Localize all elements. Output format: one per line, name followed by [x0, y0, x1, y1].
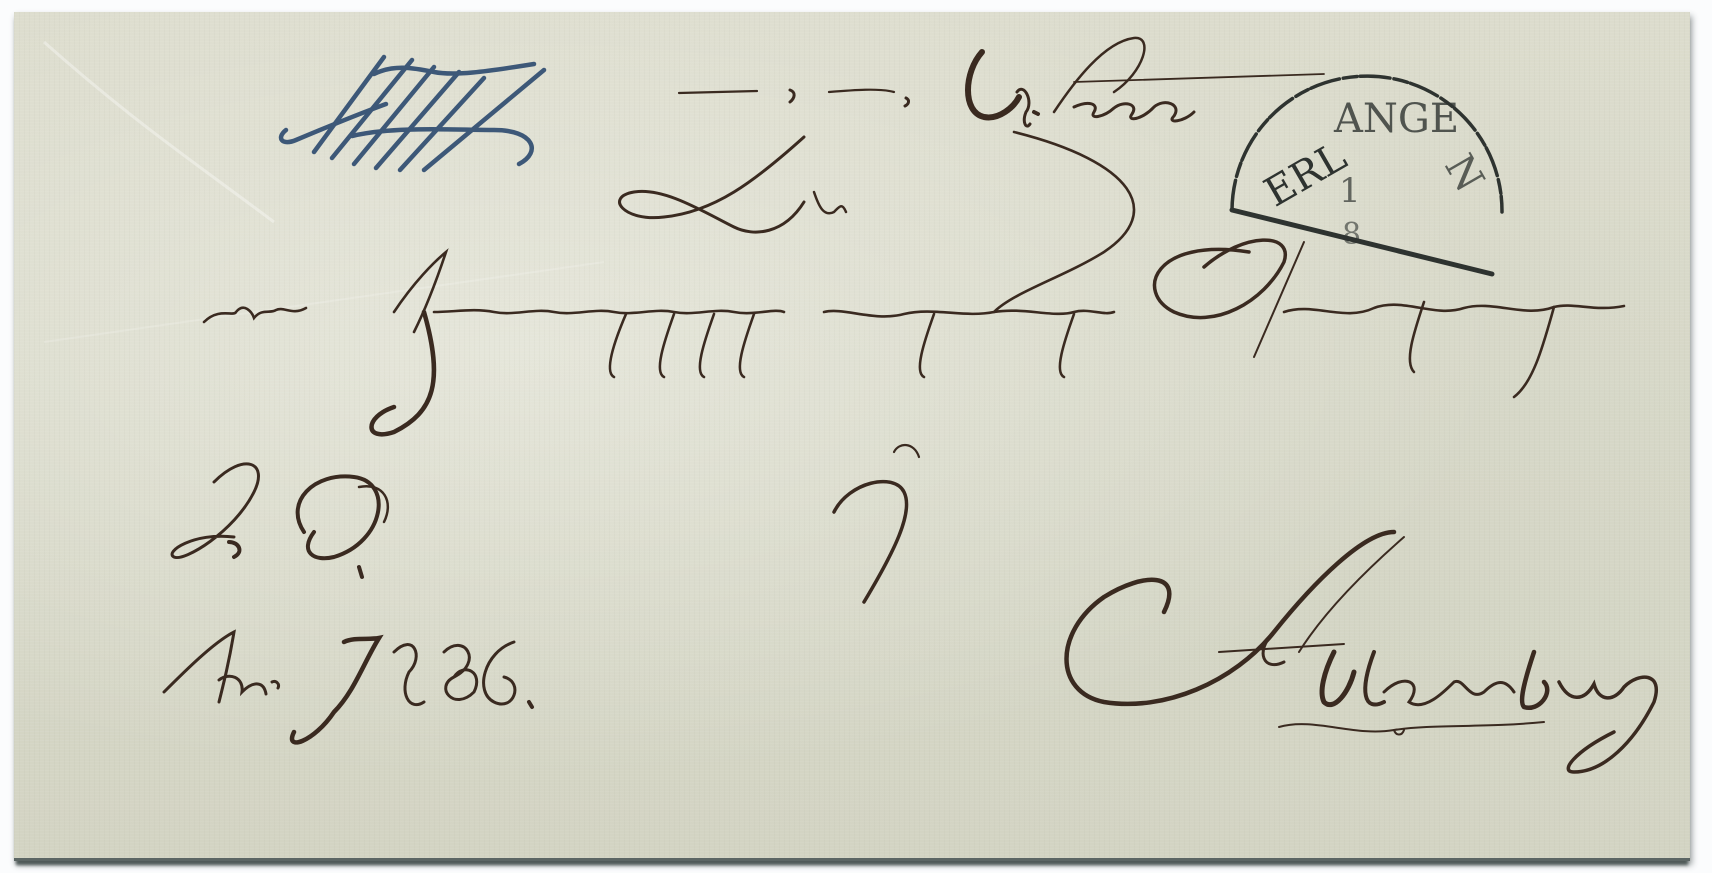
svg-text:1: 1 [1339, 171, 1361, 211]
blue-mark [281, 57, 544, 170]
svg-text:8: 8 [1342, 217, 1361, 252]
erlangen-postmark: ERL ANGE N 1 8 [1232, 76, 1502, 274]
svg-text:N: N [1435, 147, 1492, 200]
svg-text:ANGE: ANGE [1333, 96, 1459, 142]
left-notation-nr [164, 632, 532, 742]
left-notation-lo [172, 464, 388, 577]
address-line-1 [204, 132, 1624, 434]
address-line-2-zu [834, 445, 919, 602]
handwriting-layer: ERL ANGE N 1 8 [14, 12, 1690, 858]
destination-altenburg [1067, 532, 1657, 772]
porto-line [679, 38, 1324, 126]
envelope: ERL ANGE N 1 8 [14, 12, 1690, 861]
salutation-an [620, 137, 846, 232]
